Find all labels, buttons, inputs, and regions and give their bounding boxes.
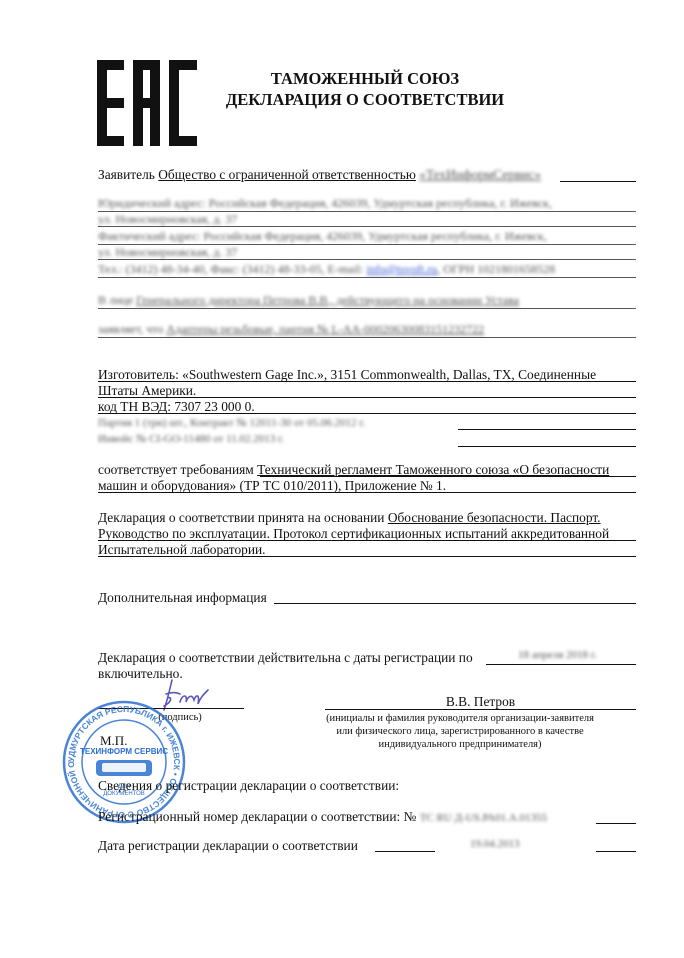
conformity-regulation: Технический регламент Таможенного союза … <box>257 462 609 477</box>
signatory-caption: (инициалы и фамилия руководителя организ… <box>310 712 610 751</box>
divider <box>98 226 636 227</box>
divider <box>98 540 636 541</box>
eac-logo-icon <box>97 60 197 146</box>
in-person-value: Генерального директора Петрова В.В., дей… <box>136 293 519 307</box>
divider <box>98 277 636 278</box>
divider <box>260 476 636 477</box>
manufacturer-line-2: Штаты Америки. <box>98 383 636 398</box>
in-person-label: В лице <box>98 293 133 307</box>
basis-prefix: Декларация о соответствии принята на осн… <box>98 510 384 525</box>
divider <box>98 556 636 557</box>
conformity-line-2: машин и оборудования» (ТР ТС 010/2011), … <box>98 478 636 493</box>
svg-text:ТЕХИНФОРМ СЕРВИС: ТЕХИНФОРМ СЕРВИС <box>80 747 168 756</box>
signatory-caption-3: индивидуального предпринимателя) <box>310 738 610 751</box>
registration-number-label: Регистрационный номер декларации о соотв… <box>98 809 416 824</box>
signatory-line <box>325 709 636 710</box>
divider <box>98 413 636 414</box>
registration-heading: Сведения о регистрации декларации о соот… <box>98 778 636 793</box>
legal-address-line-1: Юридический адрес: Российская Федерация,… <box>98 196 636 211</box>
registration-number-value: ТС RU Д-US.РА01.А.01355 <box>420 812 547 824</box>
registration-date-label: Дата регистрации декларации о соответств… <box>98 838 358 853</box>
invoice-info: Инвойс № CI-GO-11480 от 11.02.2013 г. <box>98 432 636 447</box>
applicant-label: Заявитель <box>98 167 155 182</box>
basis-value: Обоснование безопасности. Паспорт. <box>388 510 601 525</box>
divider <box>596 851 636 852</box>
applicant-org-type: Общество с ограниченной ответственностью <box>158 167 416 182</box>
company-stamp: УДМУРТСКАЯ РЕСПУБЛИКА г. ИЖЕВСК • ОБЩЕСТ… <box>62 700 186 824</box>
applicant-org-name: «ТехИнформСервис» <box>419 167 541 182</box>
divider <box>596 823 636 824</box>
declares-label: заявляет, что <box>98 322 163 336</box>
email-link[interactable]: info@tsvoft.ru <box>366 262 437 276</box>
additional-info-field <box>274 603 636 604</box>
document-title: ТАМОЖЕННЫЙ СОЮЗ ДЕКЛАРАЦИЯ О СООТВЕТСТВИ… <box>190 68 540 110</box>
basis-line-2: Руководство по эксплуатации. Протокол се… <box>98 526 636 541</box>
actual-address-line-1: Фактический адрес: Российская Федерация,… <box>98 229 636 244</box>
signatory-caption-2: или физического лица, зарегистрированног… <box>310 725 610 738</box>
divider <box>98 337 636 338</box>
manufacturer-line-1: Изготовитель: «Southwestern Gage Inc.», … <box>98 367 636 382</box>
title-line-1: ТАМОЖЕННЫЙ СОЮЗ <box>190 68 540 89</box>
conformity-prefix: соответствует требованиям <box>98 462 254 477</box>
conformity-line-1: соответствует требованиям Технический ре… <box>98 462 636 477</box>
legal-address-line-2: ул. Новосмирновская, д. 37 <box>98 212 636 227</box>
contacts-prefix: Тел.: (3412) 48-34-40, Факс: (3412) 48-3… <box>98 262 363 276</box>
in-person-line: В лице Генерального директора Петрова В.… <box>98 293 636 308</box>
signatory-name: В.В. Петров <box>325 694 636 710</box>
divider <box>98 259 636 260</box>
registration-date-row: Дата регистрации декларации о соответств… <box>98 838 636 853</box>
divider <box>98 492 636 493</box>
eac-logo <box>97 60 197 146</box>
signatory-caption-1: (инициалы и фамилия руководителя организ… <box>310 712 610 725</box>
divider <box>98 381 636 382</box>
divider <box>375 851 435 852</box>
ogrn: , ОГРН 1021801658528 <box>437 262 555 276</box>
contacts-line: Тел.: (3412) 48-34-40, Факс: (3412) 48-3… <box>98 262 636 277</box>
hs-code: код ТН ВЭД: 7307 23 000 0. <box>98 399 636 414</box>
divider <box>458 446 636 447</box>
applicant-underline <box>560 181 636 182</box>
declares-value: Адаптеры резьбовые, партия № L-AA-000206… <box>166 322 484 336</box>
applicant-row: Заявитель Общество с ограниченной ответс… <box>98 167 636 182</box>
divider <box>458 429 636 430</box>
divider <box>98 308 636 309</box>
validity-date-underline <box>486 664 636 665</box>
validity-date: 18 апреля 2018 г. <box>518 649 597 661</box>
divider <box>98 397 636 398</box>
basis-line-1: Декларация о соответствии принята на осн… <box>98 510 636 525</box>
declares-line: заявляет, что Адаптеры резьбовые, партия… <box>98 322 636 337</box>
validity-prefix: Декларация о соответствии действительна … <box>98 650 473 665</box>
registration-date-value: 19.04.2013 <box>470 838 520 850</box>
title-line-2: ДЕКЛАРАЦИЯ О СООТВЕТСТВИИ <box>190 89 540 110</box>
stamp-icon: УДМУРТСКАЯ РЕСПУБЛИКА г. ИЖЕВСК • ОБЩЕСТ… <box>62 700 186 824</box>
actual-address-line-2: ул. Новосмирновская, д. 37 <box>98 245 636 260</box>
registration-number-row: Регистрационный номер декларации о соотв… <box>98 809 636 826</box>
basis-line-3: Испытательной лаборатории. <box>98 542 636 557</box>
